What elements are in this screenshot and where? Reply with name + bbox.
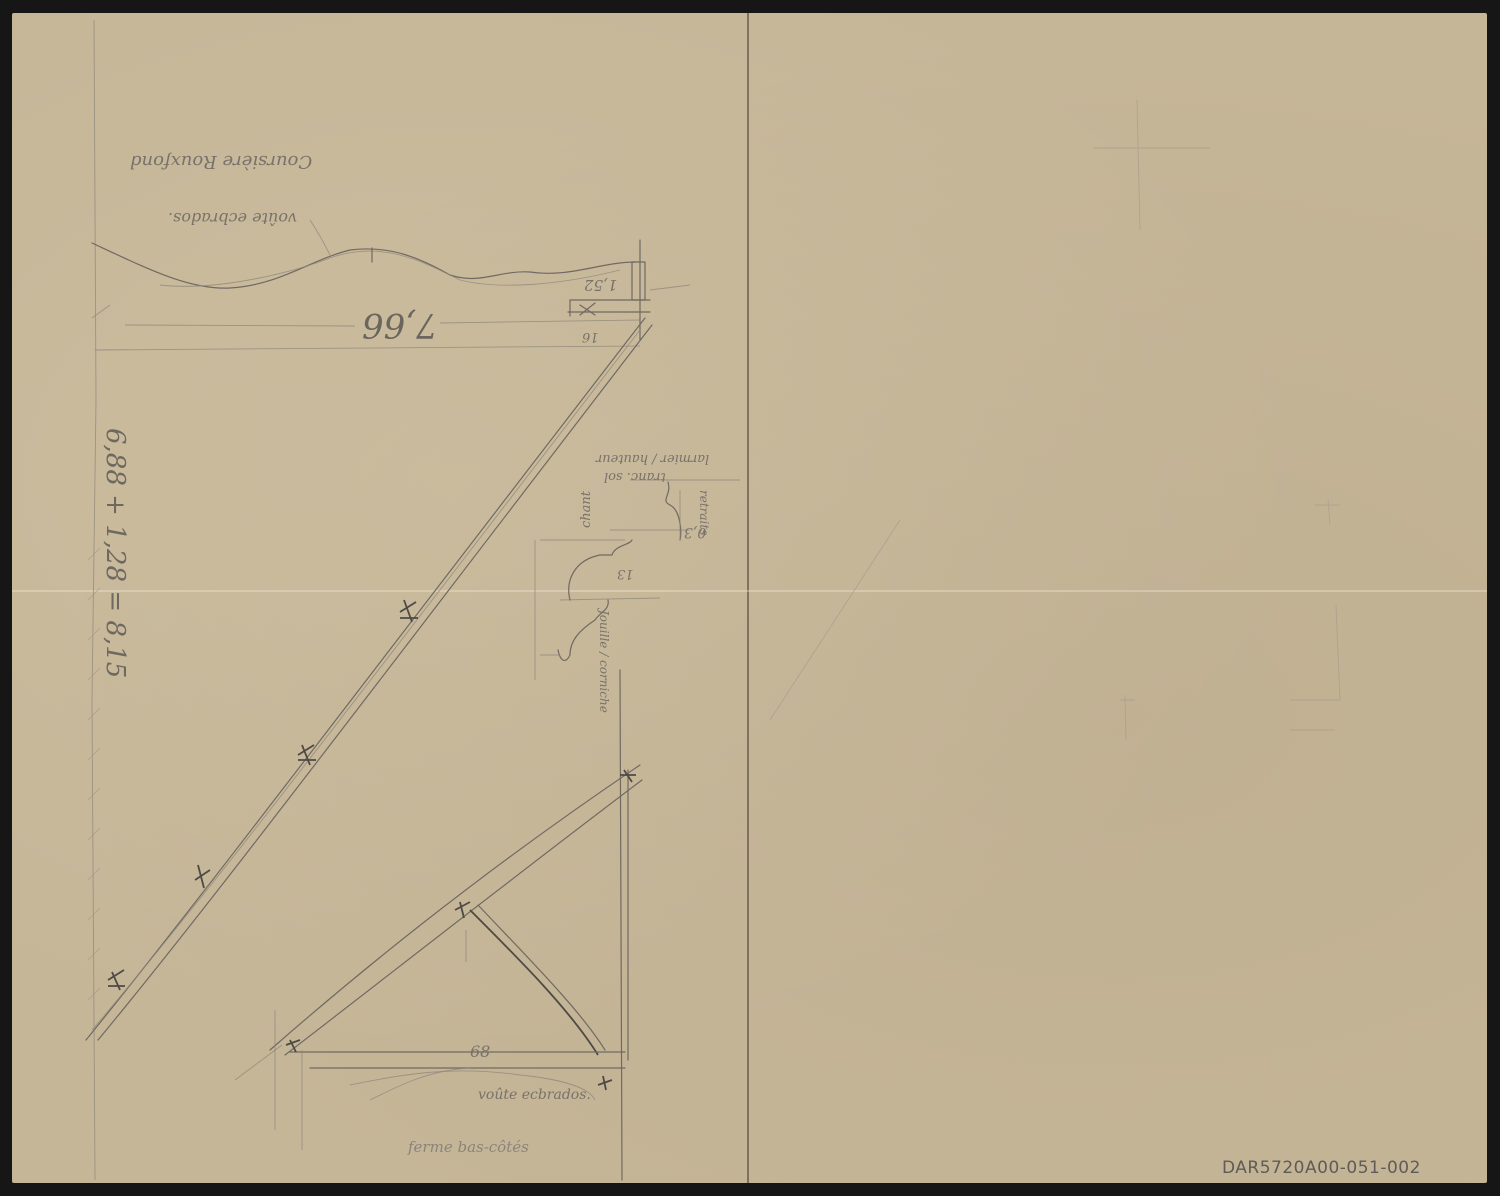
note-voute-bottom: voûte ecbrados. <box>478 1088 591 1102</box>
lower-truss <box>235 670 642 1180</box>
note-voute-top: voûte ecbrados. <box>168 210 297 226</box>
profile-dim-13: 13 <box>617 567 634 580</box>
formula-vertical: 6,88 + 1,28 = 8,15 <box>102 428 128 678</box>
profile-label-tranc: tranc. sol <box>604 470 666 483</box>
left-margin-line <box>92 20 96 1180</box>
pencil-drawing <box>0 0 1500 1196</box>
wall-hatching <box>88 548 100 1000</box>
right-page-faint-marks <box>770 100 1340 740</box>
dimension-line-left <box>125 325 355 326</box>
dimension-line-right <box>440 320 640 323</box>
vault-curve <box>92 243 636 288</box>
leader-line <box>310 220 330 255</box>
truss-marks <box>286 770 636 1090</box>
dimension-68: 68 <box>470 1044 490 1060</box>
profile-side-label: retraits <box>698 490 710 535</box>
dimension-152: 1,52 <box>584 277 617 292</box>
dimension-766: 7,66 <box>362 308 438 342</box>
dimension-16: 16 <box>582 330 599 343</box>
main-rafter <box>86 318 652 1040</box>
profile-label-jouille: Jouille / corniche <box>598 610 610 713</box>
profile-label-larmier: larmier / hauteur <box>596 452 709 465</box>
profile-label-chant: chant <box>580 491 593 528</box>
rafter-marks <box>108 600 418 990</box>
baseline-top <box>95 346 640 350</box>
caption-ferme-bas-cotes: ferme bas-côtés <box>408 1140 529 1155</box>
note-coursiere: Coursière Rouxfond <box>130 152 312 170</box>
catalog-number: DAR5720A00-051-002 <box>1222 1158 1421 1178</box>
